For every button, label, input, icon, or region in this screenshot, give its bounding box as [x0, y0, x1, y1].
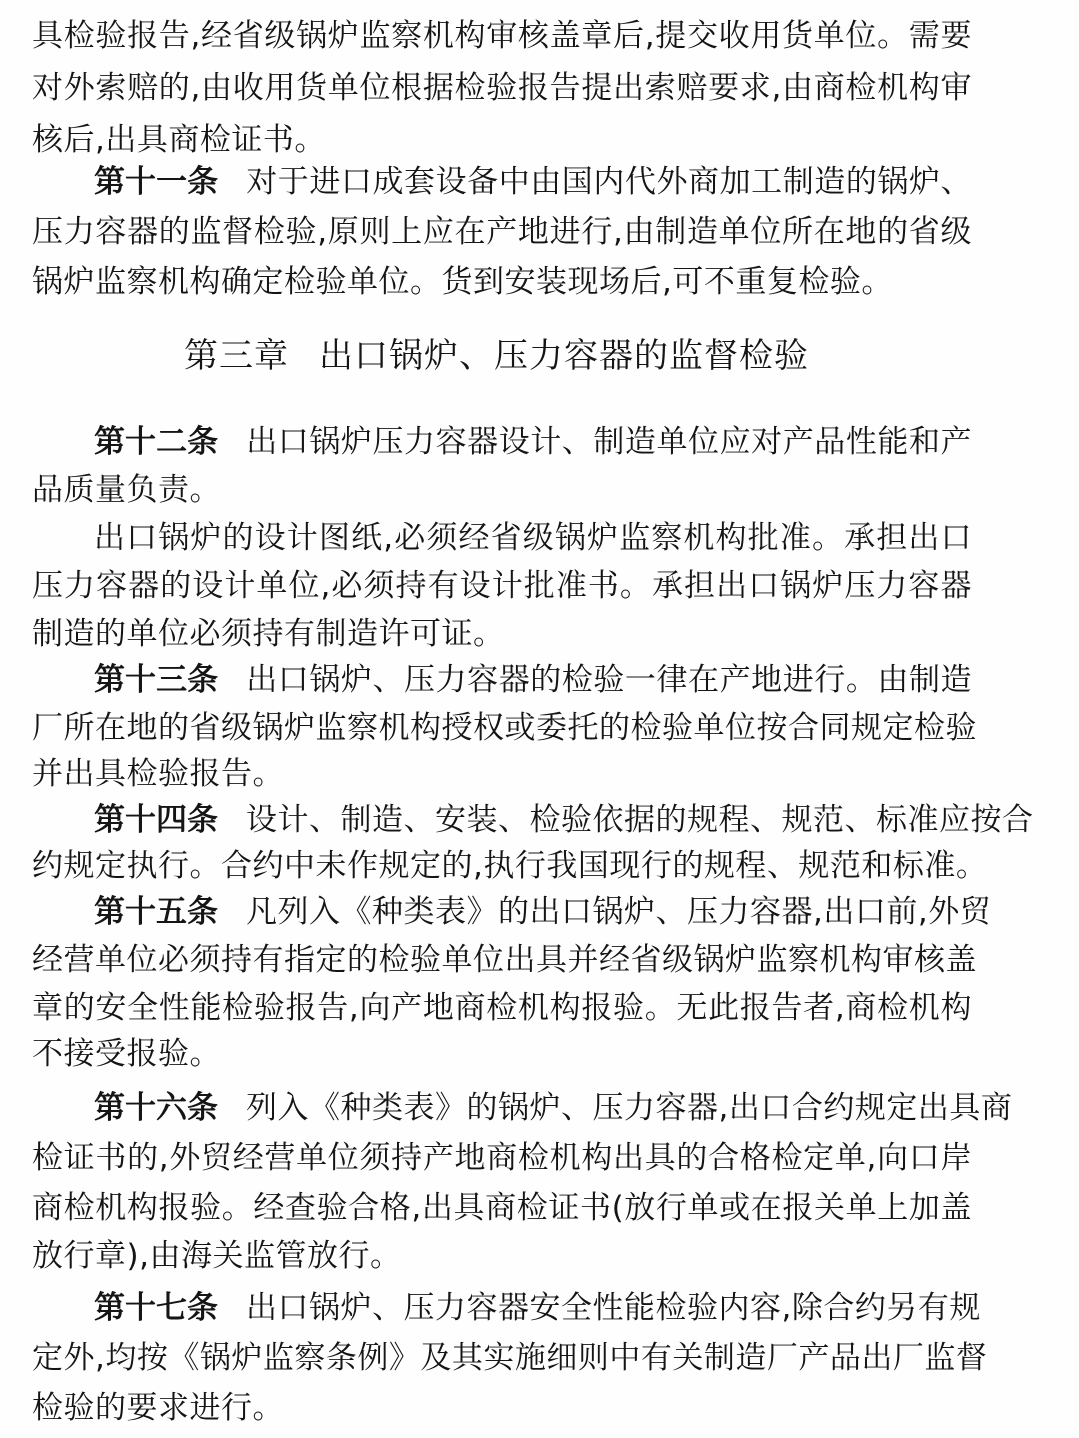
text-line: 品质量负责。 — [32, 466, 972, 514]
article-17-first-line: 第十七条出口锅炉、压力容器安全性能检验内容,除合约另有规 — [94, 1284, 972, 1332]
text-line: 具检验报告,经省级锅炉监察机构审核盖章后,提交收用货单位。需要 — [32, 12, 972, 60]
text-line: 经营单位必须持有指定的检验单位出具并经省级锅炉监察机构审核盖 — [32, 936, 972, 984]
text-segment: 出口锅炉压力容器设计、制造单位应对产品性能和产 — [246, 424, 972, 460]
text-segment: 出口锅炉、压力容器安全性能检验内容,除合约另有规 — [246, 1290, 981, 1326]
document-page: 具检验报告,经省级锅炉监察机构审核盖章后,提交收用货单位。需要 对外索赔的,由收… — [0, 0, 1079, 1438]
text-segment: 设计、制造、安装、检验依据的规程、规范、标准应按合 — [246, 802, 1034, 838]
article-15-first-line: 第十五条凡列入《种类表》的出口锅炉、压力容器,出口前,外贸 — [94, 888, 972, 936]
article-number: 第十四条 — [94, 802, 218, 838]
text-line: 厂所在地的省级锅炉监察机构授权或委托的检验单位按合同规定检验 — [32, 704, 972, 752]
article-16-first-line: 第十六条列入《种类表》的锅炉、压力容器,出口合约规定出具商 — [94, 1084, 972, 1132]
article-11-first-line: 第十一条对于进口成套设备中由国内代外商加工制造的锅炉、 — [94, 158, 972, 206]
text-line: 出口锅炉的设计图纸,必须经省级锅炉监察机构批准。承担出口 — [94, 514, 972, 562]
text-line: 商检机构报验。经查验合格,出具商检证书(放行单或在报关单上加盖 — [32, 1184, 972, 1232]
text-line: 压力容器的设计单位,必须持有设计批准书。承担出口锅炉压力容器 — [32, 562, 972, 610]
article-number: 第十三条 — [94, 662, 218, 698]
text-line: 放行章),由海关监管放行。 — [32, 1232, 972, 1280]
text-line: 锅炉监察机构确定检验单位。货到安装现场后,可不重复检验。 — [32, 258, 972, 306]
text-line: 并出具检验报告。 — [32, 750, 972, 798]
text-line: 对外索赔的,由收用货单位根据检验报告提出索赔要求,由商检机构审 — [32, 64, 972, 112]
text-segment: 列入《种类表》的锅炉、压力容器,出口合约规定出具商 — [246, 1090, 1012, 1126]
article-number: 第十二条 — [94, 424, 218, 460]
text-segment: 对于进口成套设备中由国内代外商加工制造的锅炉、 — [246, 164, 972, 200]
article-13-first-line: 第十三条出口锅炉、压力容器的检验一律在产地进行。由制造 — [94, 656, 972, 704]
text-line: 检验的要求进行。 — [32, 1384, 972, 1432]
article-number: 第十六条 — [94, 1090, 218, 1126]
chapter-number: 第三章 — [184, 336, 289, 376]
article-number: 第十一条 — [94, 164, 218, 200]
text-segment: 凡列入《种类表》的出口锅炉、压力容器,出口前,外贸 — [246, 894, 991, 930]
text-line: 制造的单位必须持有制造许可证。 — [32, 610, 972, 658]
text-line: 核后,出具商检证书。 — [32, 116, 972, 164]
text-line: 压力容器的监督检验,原则上应在产地进行,由制造单位所在地的省级 — [32, 208, 972, 256]
text-segment: 出口锅炉、压力容器的检验一律在产地进行。由制造 — [246, 662, 972, 698]
text-line: 约规定执行。合约中未作规定的,执行我国现行的规程、规范和标准。 — [32, 842, 972, 890]
article-12-first-line: 第十二条出口锅炉压力容器设计、制造单位应对产品性能和产 — [94, 418, 972, 466]
text-line: 章的安全性能检验报告,向产地商检机构报验。无此报告者,商检机构 — [32, 984, 972, 1032]
chapter-title: 出口锅炉、压力容器的监督检验 — [319, 336, 809, 376]
article-number: 第十七条 — [94, 1290, 218, 1326]
article-number: 第十五条 — [94, 894, 218, 930]
chapter-heading: 第三章出口锅炉、压力容器的监督检验 — [184, 330, 809, 382]
text-line: 定外,均按《锅炉监察条例》及其实施细则中有关制造厂产品出厂监督 — [32, 1334, 972, 1382]
article-14-first-line: 第十四条设计、制造、安装、检验依据的规程、规范、标准应按合 — [94, 796, 972, 844]
text-line: 不接受报验。 — [32, 1030, 972, 1078]
text-line: 检证书的,外贸经营单位须持产地商检机构出具的合格检定单,向口岸 — [32, 1134, 972, 1182]
